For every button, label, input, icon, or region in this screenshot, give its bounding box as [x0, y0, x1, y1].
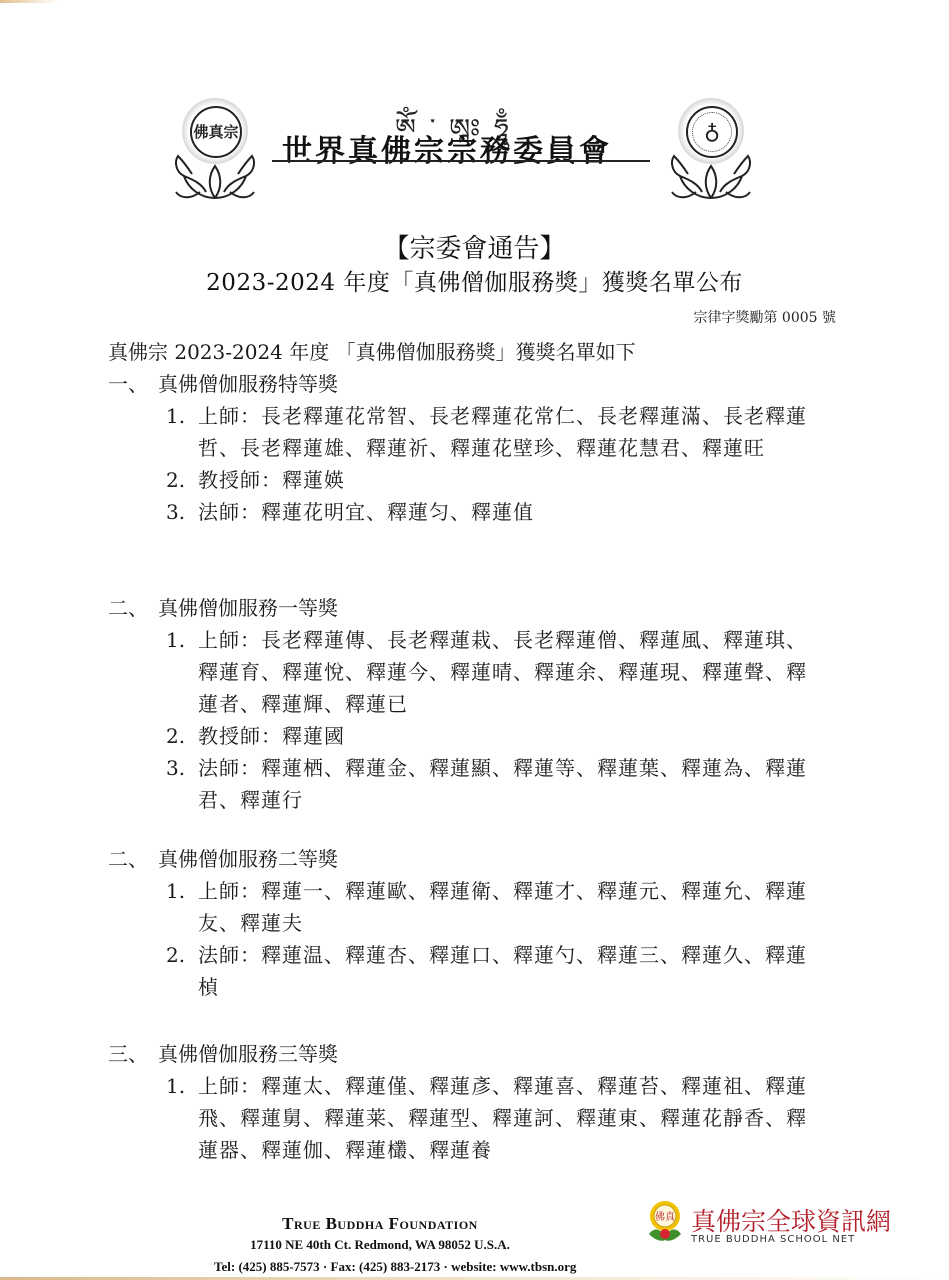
item-text: 教授師：釋蓮國: [198, 720, 823, 752]
organization-name: 世界真佛宗宗務委員會: [282, 126, 612, 170]
item-index: 2.: [166, 720, 198, 752]
list-item: 1. 上師：釋蓮一、釋蓮歐、釋蓮衛、釋蓮才、釋蓮元、釋蓮允、釋蓮友、釋蓮夫: [166, 875, 823, 939]
lotus-seal-right-icon: ♁: [666, 96, 756, 206]
list-item: 3. 法師：釋蓮花明宜、釋蓮匀、釋蓮值: [166, 496, 823, 528]
tbsn-logo-chinese: 真佛宗全球資訊網: [691, 1202, 891, 1238]
item-index: 2.: [166, 464, 198, 496]
item-index: 1.: [166, 400, 198, 464]
letterhead: 佛真宗 ཨོཾ་ཨཱཿཧཱུྃ 世界真佛宗宗務委員會 ♁: [0, 0, 949, 210]
list-item: 1. 上師：長老釋蓮花常智、長老釋蓮花常仁、長老釋蓮滿、長老釋蓮哲、長老釋蓮雄、…: [166, 400, 823, 464]
notice-subtitle: 2023-2024 年度「真佛僧伽服務獎」獲獎名單公布: [0, 264, 949, 297]
section-heading: 二、 真佛僧伽服務二等獎: [108, 843, 823, 875]
svg-text:佛真: 佛真: [655, 1210, 676, 1223]
tbsn-logo-english: TRUE BUDDHA SCHOOL NET: [691, 1234, 855, 1245]
section-title: 真佛僧伽服務特等獎: [158, 368, 338, 400]
footer-contact: Tel: (425) 885-7573 · Fax: (425) 883-217…: [214, 1259, 576, 1275]
item-text: 教授師：釋蓮媖: [198, 464, 823, 496]
item-index: 2.: [166, 939, 198, 1003]
section-number: 二、: [108, 843, 158, 875]
award-section-second: 二、 真佛僧伽服務二等獎 1. 上師：釋蓮一、釋蓮歐、釋蓮衛、釋蓮才、釋蓮元、釋…: [108, 843, 823, 1003]
item-index: 1.: [166, 1070, 198, 1166]
lotus-seal-left-icon: 佛真宗: [170, 96, 260, 206]
list-item: 2. 法師：釋蓮温、釋蓮杏、釋蓮口、釋蓮勺、釋蓮三、釋蓮久、釋蓮楨: [166, 939, 823, 1003]
section-number: 三、: [108, 1038, 158, 1070]
tbsn-logo: 佛真 真佛宗全球資訊網 TRUE BUDDHA SCHOOL NET: [645, 1200, 895, 1250]
foundation-address: 17110 NE 40th Ct. Redmond, WA 98052 U.S.…: [200, 1237, 560, 1253]
footer-foundation: True Buddha Foundation 17110 NE 40th Ct.…: [200, 1214, 560, 1253]
item-index: 1.: [166, 624, 198, 720]
item-text: 上師：長老釋蓮花常智、長老釋蓮花常仁、長老釋蓮滿、長老釋蓮哲、長老釋蓮雄、釋蓮祈…: [198, 400, 823, 464]
divider: [272, 160, 650, 162]
section-heading: 三、 真佛僧伽服務三等獎: [108, 1038, 823, 1070]
intro-line: 真佛宗 2023-2024 年度 「真佛僧伽服務獎」獲獎名單如下: [108, 336, 636, 368]
section-heading: 一、 真佛僧伽服務特等獎: [108, 368, 823, 400]
list-item: 2. 教授師：釋蓮媖: [166, 464, 823, 496]
notice-title: 【宗委會通告】: [0, 228, 949, 265]
item-index: 1.: [166, 875, 198, 939]
section-title: 真佛僧伽服務三等獎: [158, 1038, 338, 1070]
list-item: 3. 法師：釋蓮栖、釋蓮金、釋蓮顯、釋蓮等、釋蓮葉、釋蓮為、釋蓮君、釋蓮行: [166, 752, 823, 816]
section-number: 二、: [108, 592, 158, 624]
section-title: 真佛僧伽服務二等獎: [158, 843, 338, 875]
item-text: 上師：釋蓮太、釋蓮僅、釋蓮彥、釋蓮喜、釋蓮苔、釋蓮祖、釋蓮飛、釋蓮舅、釋蓮莱、釋…: [198, 1070, 823, 1166]
award-section-special: 一、 真佛僧伽服務特等獎 1. 上師：長老釋蓮花常智、長老釋蓮花常仁、長老釋蓮滿…: [108, 368, 823, 528]
award-section-third: 三、 真佛僧伽服務三等獎 1. 上師：釋蓮太、釋蓮僅、釋蓮彥、釋蓮喜、釋蓮苔、釋…: [108, 1038, 823, 1166]
section-title: 真佛僧伽服務一等獎: [158, 592, 338, 624]
item-index: 3.: [166, 496, 198, 528]
award-section-first: 二、 真佛僧伽服務一等獎 1. 上師：長老釋蓮傳、長老釋蓮栽、長老釋蓮僧、釋蓮風…: [108, 592, 823, 816]
item-text: 法師：釋蓮温、釋蓮杏、釋蓮口、釋蓮勺、釋蓮三、釋蓮久、釋蓮楨: [198, 939, 823, 1003]
item-text: 法師：釋蓮花明宜、釋蓮匀、釋蓮值: [198, 496, 823, 528]
list-item: 2. 教授師：釋蓮國: [166, 720, 823, 752]
item-text: 上師：釋蓮一、釋蓮歐、釋蓮衛、釋蓮才、釋蓮元、釋蓮允、釋蓮友、釋蓮夫: [198, 875, 823, 939]
tbsn-badge-icon: 佛真: [645, 1200, 685, 1244]
section-heading: 二、 真佛僧伽服務一等獎: [108, 592, 823, 624]
reference-number: 宗律字獎勵第 0005 號: [693, 307, 836, 327]
list-item: 1. 上師：釋蓮太、釋蓮僅、釋蓮彥、釋蓮喜、釋蓮苔、釋蓮祖、釋蓮飛、釋蓮舅、釋蓮…: [166, 1070, 823, 1166]
item-text: 上師：長老釋蓮傳、長老釋蓮栽、長老釋蓮僧、釋蓮風、釋蓮琪、釋蓮育、釋蓮悅、釋蓮今…: [198, 624, 823, 720]
list-item: 1. 上師：長老釋蓮傳、長老釋蓮栽、長老釋蓮僧、釋蓮風、釋蓮琪、釋蓮育、釋蓮悅、…: [166, 624, 823, 720]
foundation-name: True Buddha Foundation: [200, 1214, 560, 1234]
item-text: 法師：釋蓮栖、釋蓮金、釋蓮顯、釋蓮等、釋蓮葉、釋蓮為、釋蓮君、釋蓮行: [198, 752, 823, 816]
section-number: 一、: [108, 368, 158, 400]
item-index: 3.: [166, 752, 198, 816]
